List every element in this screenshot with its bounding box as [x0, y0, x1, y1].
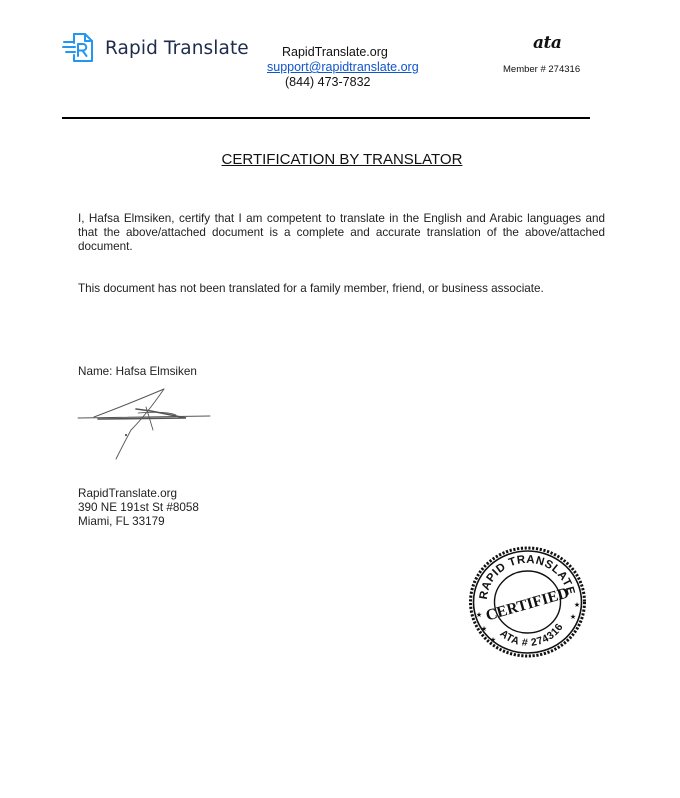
translator-name: Name: Hafsa Elmsiken — [78, 365, 197, 378]
svg-text:★: ★ — [476, 611, 482, 619]
certified-seal: RAPID TRANSLATE ATA # 274316 ★ ★ ★ ★ ★ C… — [465, 543, 590, 661]
ata-logo: ata — [533, 33, 561, 53]
document-r-icon — [62, 31, 96, 65]
company-address: RapidTranslate.org 390 NE 191st St #8058… — [78, 487, 199, 529]
document-title: CERTIFICATION BY TRANSLATOR — [0, 151, 680, 168]
address-line-1: RapidTranslate.org — [78, 487, 199, 501]
svg-text:★: ★ — [570, 613, 576, 621]
signature-image — [76, 385, 216, 465]
svg-text:★: ★ — [574, 601, 580, 609]
member-number: Member # 274316 — [503, 64, 580, 75]
certification-paragraph: I, Hafsa Elmsiken, certify that I am com… — [78, 212, 605, 254]
address-line-3: Miami, FL 33179 — [78, 515, 199, 529]
contact-website: RapidTranslate.org — [262, 45, 432, 60]
svg-text:★: ★ — [481, 625, 487, 633]
contact-block: RapidTranslate.org support@rapidtranslat… — [262, 45, 432, 90]
header-divider — [62, 117, 590, 119]
svg-text:★: ★ — [490, 636, 496, 644]
brand-name: Rapid Translate — [105, 38, 249, 59]
address-line-2: 390 NE 191st St #8058 — [78, 501, 199, 515]
contact-phone: (844) 473-7832 — [262, 75, 432, 90]
relationship-statement: This document has not been translated fo… — [78, 282, 605, 296]
contact-email-link[interactable]: support@rapidtranslate.org — [262, 60, 432, 75]
rapid-translate-logo: Rapid Translate — [62, 31, 249, 65]
